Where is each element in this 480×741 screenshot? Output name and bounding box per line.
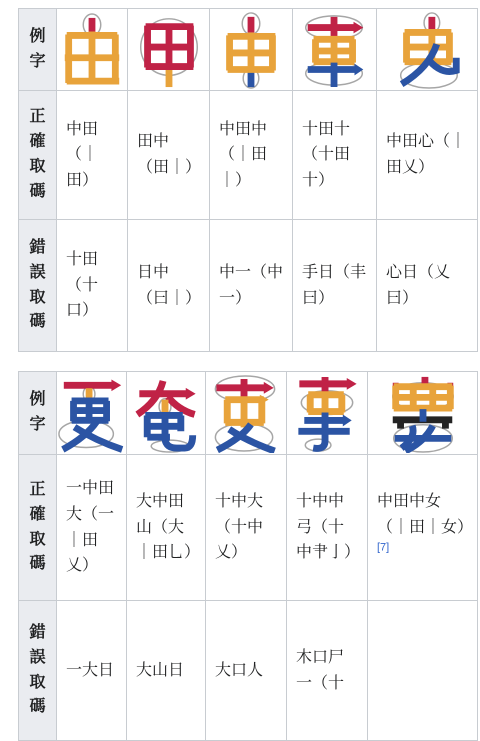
cangjie-table-1: 例字 bbox=[18, 8, 478, 352]
correct-code-li: 十中大（十中乂） bbox=[206, 455, 287, 601]
cangjie-table-2: 例字 bbox=[18, 371, 478, 648]
correct-code-jia: 田中（田｜） bbox=[128, 91, 210, 220]
char-image-lou bbox=[379, 373, 467, 453]
correct-code-lou: 中田中女（｜田｜女）[7] bbox=[368, 455, 478, 601]
correct-code-yan: 大中田山（大｜田乚） bbox=[127, 455, 206, 601]
wrong-code-you: 十田（十口） bbox=[57, 220, 128, 352]
correct-code-shen: 中田中（｜田｜） bbox=[210, 91, 293, 220]
char-image-li bbox=[207, 374, 285, 453]
char-image-ye bbox=[388, 11, 466, 89]
row-header-example-char: 例字 bbox=[19, 372, 57, 455]
correct-code-ye: 中田心（｜田乂） bbox=[377, 91, 478, 220]
char-image-shen bbox=[213, 11, 289, 89]
char-cell-jia bbox=[128, 9, 210, 91]
wrong-code-row: 錯誤取碼 十田（十口） 日中（曰｜） 中一（中一） 手日（丰曰） 心日（乂曰） bbox=[19, 220, 478, 352]
char-cell-geng bbox=[57, 372, 127, 455]
char-cell-ye bbox=[377, 9, 478, 91]
correct-code-che: 十田十（十田十） bbox=[293, 91, 377, 220]
char-image-shi bbox=[289, 374, 365, 453]
char-cell-yan bbox=[127, 372, 206, 455]
wrong-code-shi: 木口尸一（十 bbox=[287, 601, 368, 649]
wrong-code-shen: 中一（中一） bbox=[210, 220, 293, 352]
row-header-correct-code: 正確取碼 bbox=[19, 91, 57, 220]
char-image-you bbox=[57, 11, 127, 89]
example-char-row: 例字 bbox=[19, 372, 478, 455]
char-cell-li bbox=[206, 372, 287, 455]
reference-7-link[interactable]: [7] bbox=[377, 542, 389, 554]
correct-code-you: 中田（｜田） bbox=[57, 91, 128, 220]
correct-code-row: 正確取碼 中田（｜田） 田中（田｜） 中田中（｜田｜） 十田十（十田十） 中田心… bbox=[19, 91, 478, 220]
char-cell-you bbox=[57, 9, 128, 91]
wrong-code-li: 大口人 bbox=[206, 601, 287, 649]
char-image-jia bbox=[131, 11, 207, 89]
row-header-correct-code: 正確取碼 bbox=[19, 455, 57, 601]
char-cell-lou bbox=[368, 372, 478, 455]
char-image-yan bbox=[128, 374, 204, 453]
char-cell-shi bbox=[287, 372, 368, 455]
wrong-code-yan: 大山日 bbox=[127, 601, 206, 649]
wrong-code-row: 錯誤取碼 一大日 大山日 大口人 木口尸一（十 bbox=[19, 601, 478, 649]
row-header-wrong-code: 錯誤取碼 bbox=[19, 220, 57, 352]
wrong-code-lou bbox=[368, 601, 478, 649]
char-image-geng bbox=[57, 374, 127, 453]
char-cell-shen bbox=[210, 9, 293, 91]
char-cell-che bbox=[293, 9, 377, 91]
char-image-che bbox=[296, 11, 374, 89]
correct-code-row: 正確取碼 一中田大（一｜田乂） 大中田山（大｜田乚） 十中大（十中乂） 十中中弓… bbox=[19, 455, 478, 601]
wrong-code-che: 手日（丰曰） bbox=[293, 220, 377, 352]
cangjie-decomposition-section: 例字 bbox=[18, 8, 479, 648]
row-header-example-char: 例字 bbox=[19, 9, 57, 91]
example-char-row: 例字 bbox=[19, 9, 478, 91]
wrong-code-ye: 心日（乂曰） bbox=[377, 220, 478, 352]
reference-7: [7] bbox=[377, 542, 389, 554]
table-gap bbox=[18, 352, 479, 371]
correct-code-geng: 一中田大（一｜田乂） bbox=[57, 455, 127, 601]
row-header-wrong-code: 錯誤取碼 bbox=[19, 601, 57, 649]
correct-code-shi: 十中中弓（十中肀亅） bbox=[287, 455, 368, 601]
wrong-code-jia: 日中（曰｜） bbox=[128, 220, 210, 352]
wrong-code-geng: 一大日 bbox=[57, 601, 127, 649]
